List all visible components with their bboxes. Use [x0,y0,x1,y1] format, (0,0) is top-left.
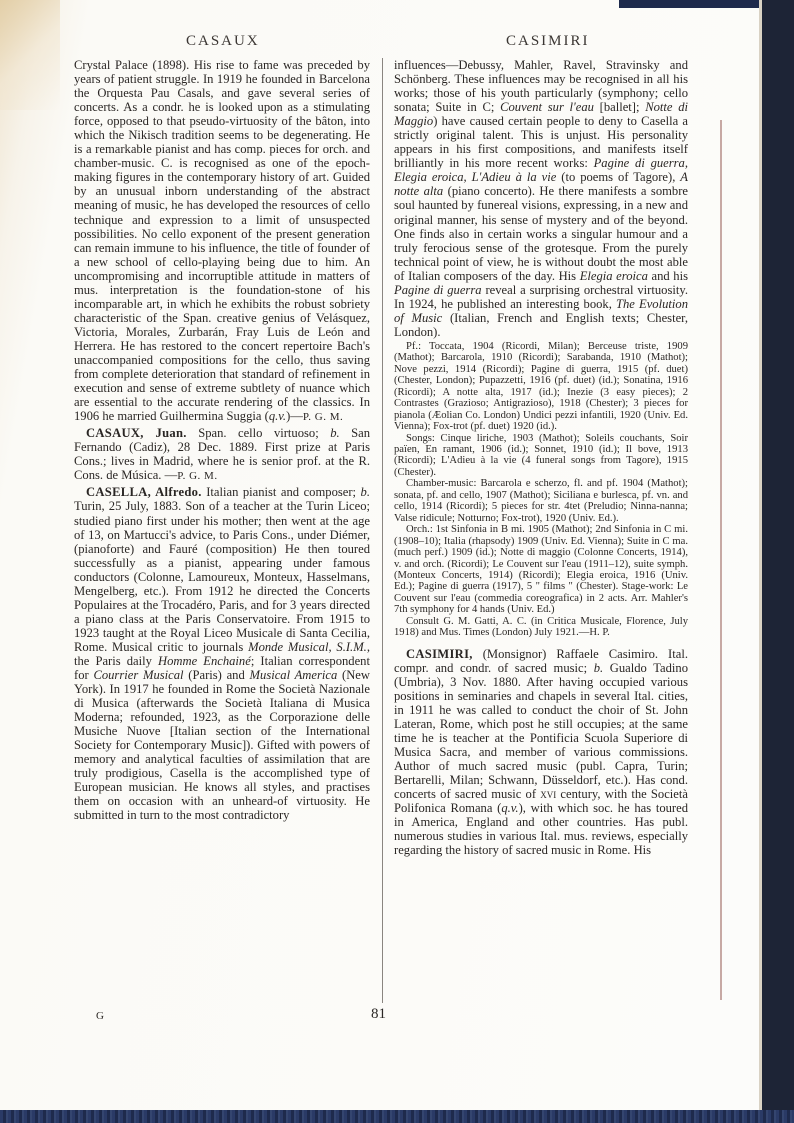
entry-casella-alfredo: CASELLA, Alfredo. Italian pianist and co… [74,485,370,822]
works-list: Pf.: Toccata, 1904 (Ricordi, Milan); Ber… [394,341,688,639]
book-page: CASAUX CASIMIRI Crystal Palace (1898). H… [0,0,762,1110]
book-cover-bottom [0,1110,794,1123]
works-orchestral: Orch.: 1st Sinfonia in B mi. 1905 (Matho… [394,524,688,616]
entry-heading: CASIMIRI, [406,647,473,661]
author-signature: P. G. M. [303,411,343,423]
running-head-right: CASIMIRI [506,33,590,50]
works-consult: Consult G. M. Gatti, A. C. (in Critica M… [394,616,688,639]
works-chamber-music: Chamber-music: Barcarola e scherzo, fl. … [394,478,688,524]
works-piano: Pf.: Toccata, 1904 (Ricordi, Milan); Ber… [394,341,688,433]
page-number: 81 [371,1006,386,1023]
entry-heading: CASELLA, Alfredo. [86,485,202,499]
author-signature: P. G. M. [177,470,217,482]
entry-casimiri: CASIMIRI, (Monsignor) Raffaele Casimiro.… [394,647,688,858]
running-head-left: CASAUX [186,33,260,50]
page-edge-rule [720,120,722,1000]
entry-casaux-juan: CASAUX, Juan. Span. cello virtuoso; b. S… [74,426,370,483]
works-songs: Songs: Cinque liriche, 1903 (Mathot); So… [394,433,688,479]
casals-entry-continuation: Crystal Palace (1898). His rise to fame … [74,58,370,424]
casella-entry-continuation: influences—Debussy, Mahler, Ravel, Strav… [394,58,688,339]
left-column: Crystal Palace (1898). His rise to fame … [74,58,370,823]
book-cover-edge [619,0,759,8]
signature-mark: G [96,1010,104,1022]
column-divider [382,58,383,1003]
right-column: influences—Debussy, Mahler, Ravel, Strav… [394,58,688,857]
entry-heading: CASAUX, Juan. [86,426,187,440]
